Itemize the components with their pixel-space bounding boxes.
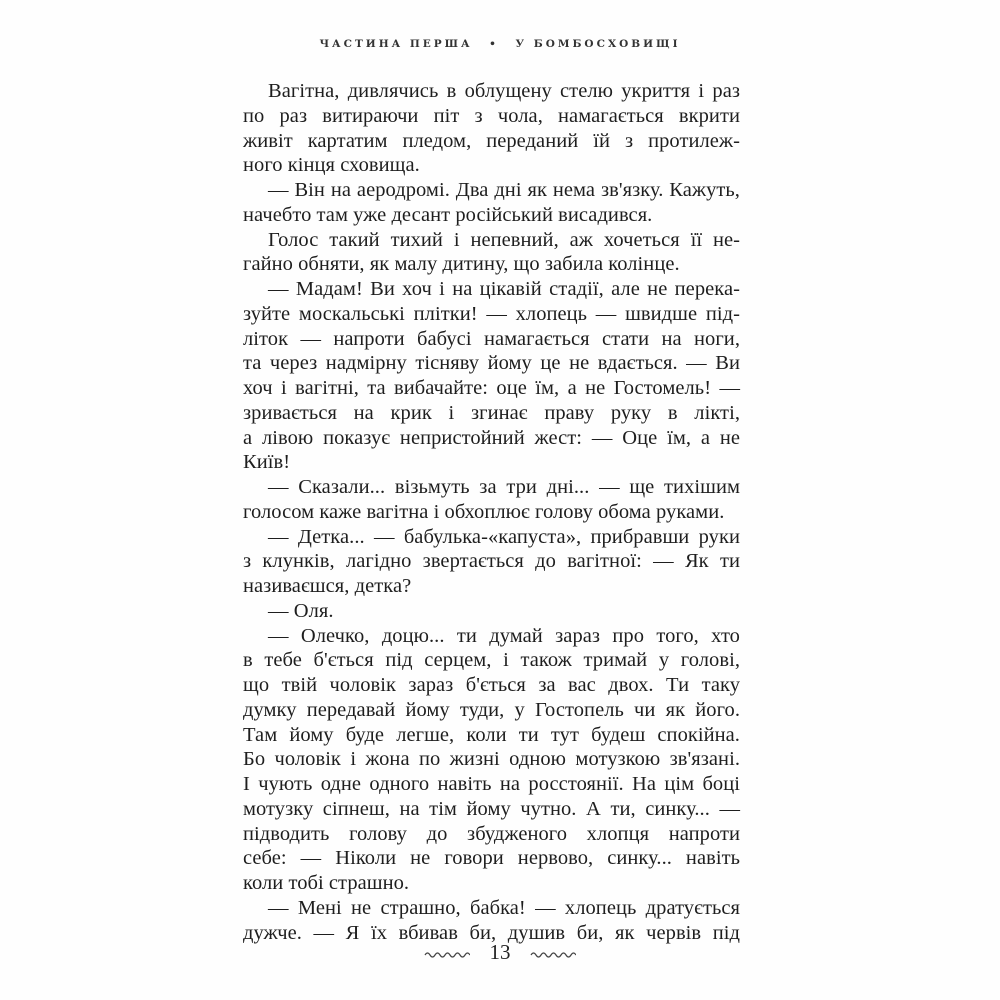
text-line: мотузку сіпнеш, на тім йому чутно. А ти,… (243, 797, 740, 822)
text-line: що твій чоловік зараз б'ється за вас дво… (243, 673, 740, 698)
text-line: літок — напроти бабусі намагається стати… (243, 327, 740, 352)
text-line: думку передавай йому туди, у Гостопель ч… (243, 698, 740, 723)
text-line: І чують одне одного навіть на росстоянії… (243, 772, 740, 797)
text-line: з клунків, лагідно звертається до вагітн… (243, 549, 740, 574)
text-line: а лівою показує непристойний жест: — Оце… (243, 426, 740, 451)
running-head: ЧАСТИНА ПЕРША • У БОМБОСХОВИЩІ (0, 38, 1000, 50)
text-line: себе: — Ніколи не говори нервово, синку.… (243, 846, 740, 871)
text-line: — Детка... — бабулька-«капуста», прибрав… (243, 525, 740, 550)
text-line: коли тобі страшно. (243, 871, 740, 896)
text-line: Київ! (243, 450, 740, 475)
running-head-chapter: У БОМБОСХОВИЩІ (516, 38, 681, 50)
text-line: хоч і вагітні, та вибачайте: оце їм, а н… (243, 376, 740, 401)
text-line: підводить голову до збудженого хлопця на… (243, 822, 740, 847)
text-line: — Мені не страшно, бабка! — хлопець драт… (243, 896, 740, 921)
page-number: 13 (490, 940, 511, 964)
text-line: живіт картатим пледом, переданий їй з пр… (243, 129, 740, 154)
text-line: — Оля. (243, 599, 740, 624)
text-line: по раз витираючи піт з чола, намагається… (243, 104, 740, 129)
body-text: Вагітна, дивлячись в облущену стелю укри… (243, 79, 740, 945)
text-line: — Мадам! Ви хоч і на цікавій стадії, але… (243, 277, 740, 302)
text-line: зривається на крик і згинає праву руку в… (243, 401, 740, 426)
wavy-ornament-icon (530, 949, 576, 959)
text-line: начебто там уже десант російський висади… (243, 203, 740, 228)
text-line: гайно обняти, як малу дитину, що забила … (243, 252, 740, 277)
text-line: називаєшся, детка? (243, 574, 740, 599)
text-line: голосом каже вагітна і обхоплює голову о… (243, 500, 740, 525)
running-head-separator: • (489, 38, 499, 50)
text-line: зуйте москальські плітки! — хлопець — шв… (243, 302, 740, 327)
text-line: Там йому буде легше, коли ти тут будеш с… (243, 723, 740, 748)
running-head-part: ЧАСТИНА ПЕРША (319, 38, 472, 50)
text-line: — Сказали... візьмуть за три дні... — ще… (243, 475, 740, 500)
page-footer: 13 (0, 940, 1000, 965)
text-line: Голос такий тихий і непевний, аж хочетьс… (243, 228, 740, 253)
wavy-ornament-icon (424, 949, 470, 959)
text-line: Вагітна, дивлячись в облущену стелю укри… (243, 79, 740, 104)
text-line: — Він на аеродромі. Два дні як нема зв'я… (243, 178, 740, 203)
text-line: — Олечко, доцю... ти думай зараз про тог… (243, 624, 740, 649)
text-line: ного кінця сховища. (243, 153, 740, 178)
text-line: Бо чоловік і жона по жизні одною мотузко… (243, 747, 740, 772)
book-page: ЧАСТИНА ПЕРША • У БОМБОСХОВИЩІ Вагітна, … (0, 0, 1000, 1000)
text-line: в тебе б'ється під серцем, і також трима… (243, 648, 740, 673)
text-line: та через надмірну тісняву йому це не вда… (243, 351, 740, 376)
